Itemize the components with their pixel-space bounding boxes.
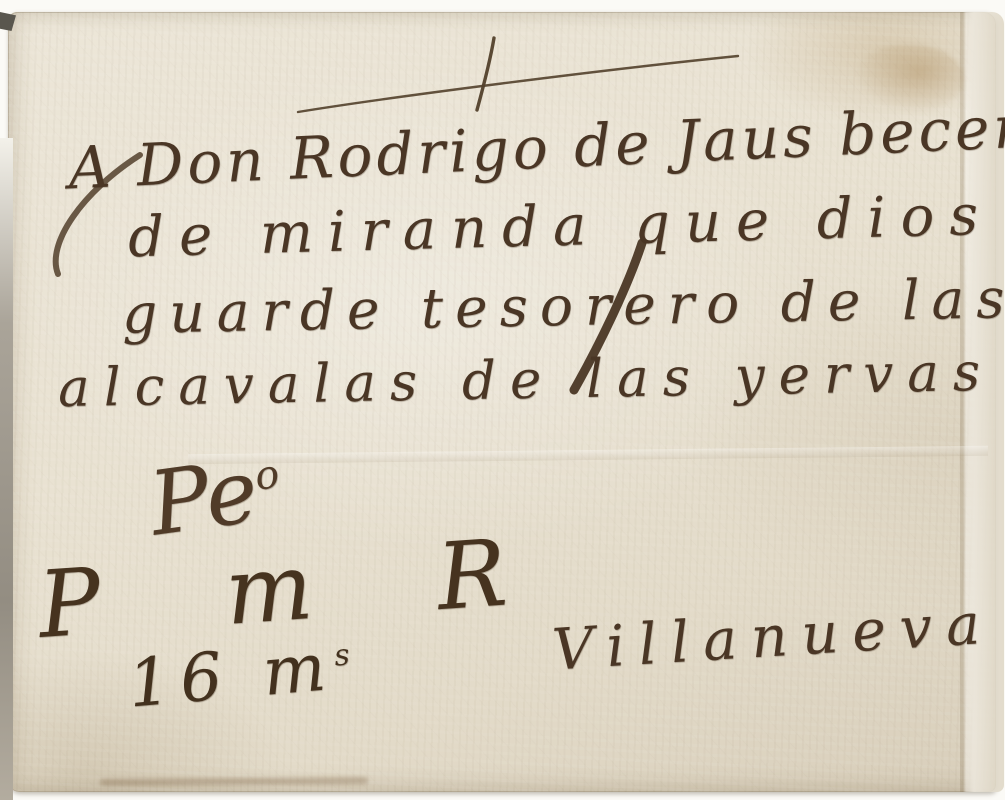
amount-superscript: s — [333, 637, 351, 673]
letter-cover-scan: A Don Rodrigo de Jaus becerra de miranda… — [0, 0, 1005, 800]
left-edge-shadow — [0, 138, 13, 800]
